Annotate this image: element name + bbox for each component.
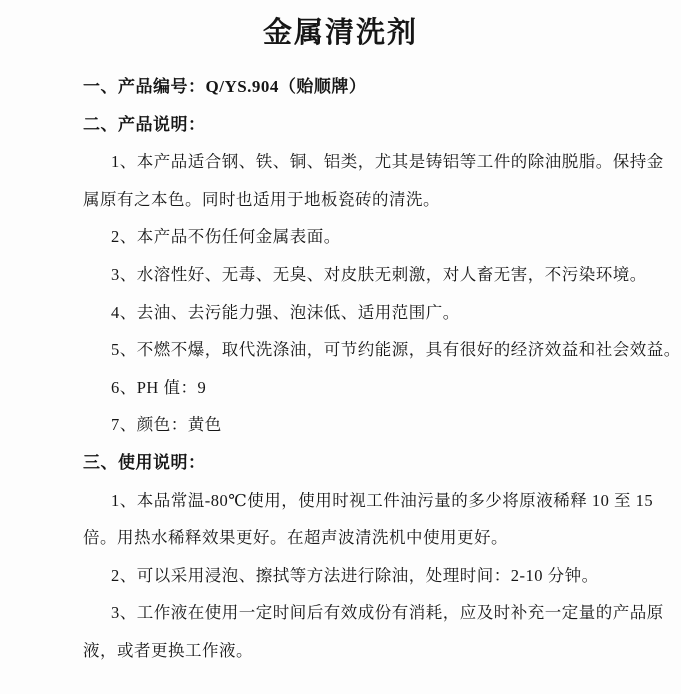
desc-item-1-line-1: 1、本产品适合钢、铁、铜、铝类，尤其是铸铝等工件的除油脱脂。保持金 bbox=[83, 143, 636, 181]
desc-item-7-color: 7、颜色：黄色 bbox=[83, 406, 636, 444]
desc-item-5: 5、不燃不爆，取代洗涤油，可节约能源，具有很好的经济效益和社会效益。 bbox=[83, 331, 636, 369]
heading-usage-instructions: 三、使用说明： bbox=[83, 444, 636, 482]
desc-item-3: 3、水溶性好、无毒、无臭、对皮肤无刺激，对人畜无害，不污染环境。 bbox=[83, 256, 636, 294]
usage-item-3-line-2: 液，或者更换工作液。 bbox=[83, 632, 636, 670]
desc-item-6-ph-value: 6、PH 值：9 bbox=[83, 369, 636, 407]
heading-product-number: 一、产品编号：Q/YS.904（贻顺牌） bbox=[83, 68, 636, 106]
desc-item-1-line-2: 属原有之本色。同时也适用于地板瓷砖的清洗。 bbox=[83, 181, 636, 219]
heading-product-description: 二、产品说明： bbox=[83, 106, 636, 144]
usage-item-1-line-2: 倍。用热水稀释效果更好。在超声波清洗机中使用更好。 bbox=[83, 519, 636, 557]
usage-item-2: 2、可以采用浸泡、擦拭等方法进行除油，处理时间：2-10 分钟。 bbox=[83, 557, 636, 595]
document-body: 一、产品编号：Q/YS.904（贻顺牌） 二、产品说明： 1、本产品适合钢、铁、… bbox=[0, 54, 681, 670]
desc-item-4: 4、去油、去污能力强、泡沫低、适用范围广。 bbox=[83, 294, 636, 332]
usage-item-3-line-1: 3、工作液在使用一定时间后有效成份有消耗，应及时补充一定量的产品原 bbox=[83, 594, 636, 632]
desc-item-2: 2、本产品不伤任何金属表面。 bbox=[83, 218, 636, 256]
usage-item-1-line-1: 1、本品常温-80℃使用，使用时视工件油污量的多少将原液稀释 10 至 15 bbox=[83, 482, 636, 520]
document-page: 金属清洗剂 一、产品编号：Q/YS.904（贻顺牌） 二、产品说明： 1、本产品… bbox=[0, 0, 681, 694]
document-title: 金属清洗剂 bbox=[0, 0, 681, 54]
